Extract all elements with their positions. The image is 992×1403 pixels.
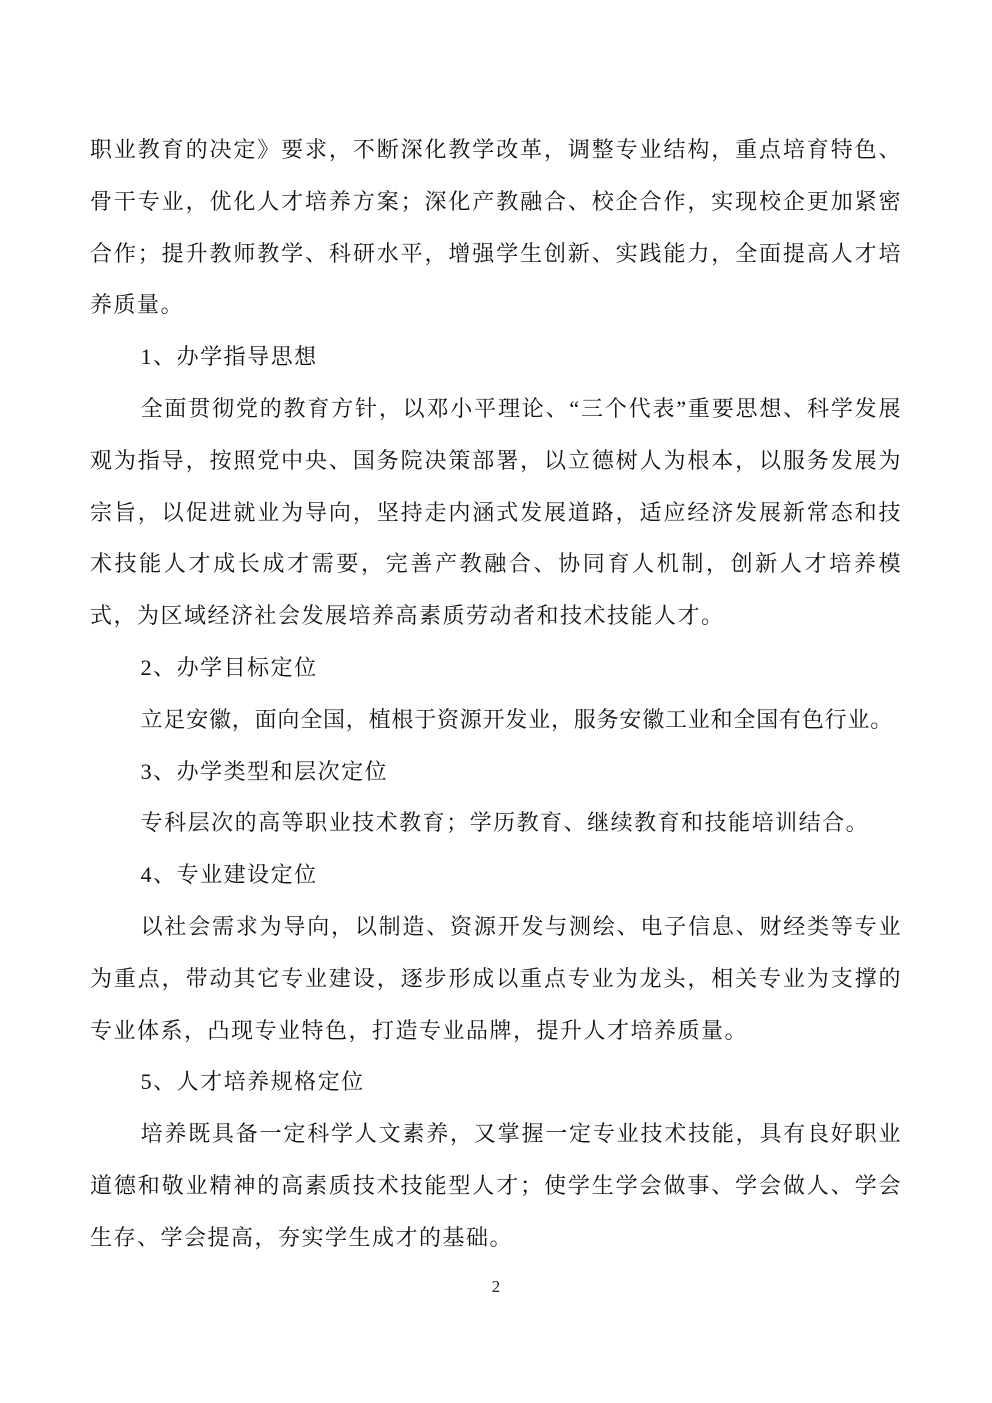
page-number: 2 bbox=[492, 1277, 501, 1296]
document-page: 职业教育的决定》要求，不断深化教学改革，调整专业结构，重点培育特色、骨干专业，优… bbox=[0, 0, 992, 1403]
paragraph-talent-spec: 培养既具备一定科学人文素养，又掌握一定专业技术技能，具有良好职业道德和敬业精神的… bbox=[90, 1108, 902, 1263]
document-body: 职业教育的决定》要求，不断深化教学改革，调整专业结构，重点培育特色、骨干专业，优… bbox=[90, 124, 902, 1264]
section-heading-5: 5、人才培养规格定位 bbox=[90, 1056, 902, 1108]
paragraph-continuation: 职业教育的决定》要求，不断深化教学改革，调整专业结构，重点培育特色、骨干专业，优… bbox=[90, 124, 902, 331]
page-footer: 2 bbox=[0, 1276, 992, 1298]
paragraph-guiding-ideology: 全面贯彻党的教育方针，以邓小平理论、“三个代表”重要思想、科学发展观为指导，按照… bbox=[90, 383, 902, 642]
section-heading-2: 2、办学目标定位 bbox=[90, 642, 902, 694]
paragraph-major-construction: 以社会需求为导向，以制造、资源开发与测绘、电子信息、财经类等专业为重点，带动其它… bbox=[90, 901, 902, 1056]
section-heading-4: 4、专业建设定位 bbox=[90, 849, 902, 901]
paragraph-target-positioning: 立足安徽，面向全国，植根于资源开发业，服务安徽工业和全国有色行业。 bbox=[90, 694, 902, 746]
paragraph-type-level-positioning: 专科层次的高等职业技术教育；学历教育、继续教育和技能培训结合。 bbox=[90, 797, 902, 849]
section-heading-3: 3、办学类型和层次定位 bbox=[90, 746, 902, 798]
section-heading-1: 1、办学指导思想 bbox=[90, 331, 902, 383]
